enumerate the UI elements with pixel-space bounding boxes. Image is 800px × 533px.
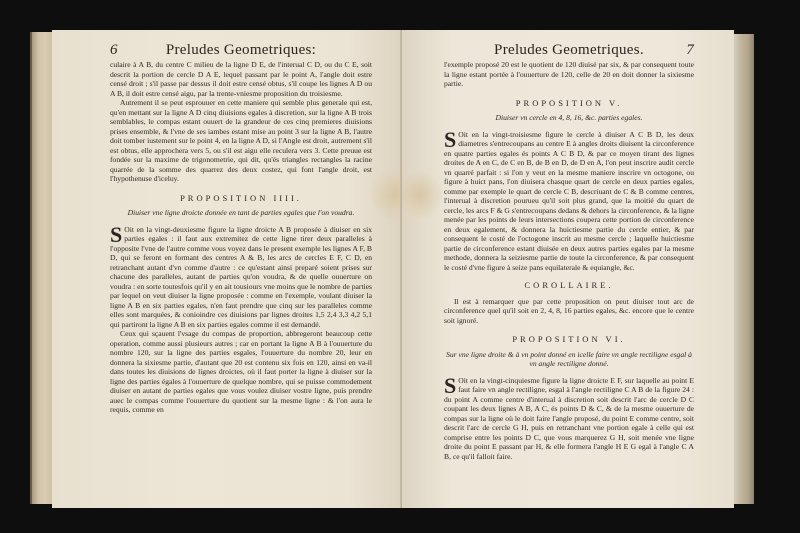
running-head-title: Preludes Geometriques. bbox=[494, 42, 644, 58]
proposition-title: PROPOSITION VI. bbox=[444, 335, 694, 345]
page-number: 7 bbox=[686, 42, 694, 58]
running-head-title: Preludes Geometriques: bbox=[166, 42, 316, 58]
foxing-stain bbox=[402, 170, 442, 220]
paragraph: Oit en la vingt-cinquiesme figure la lig… bbox=[444, 376, 694, 461]
paragraph: Il est à remarquer que par cette proposi… bbox=[444, 297, 694, 326]
left-page: 6 Preludes Geometriques: culaire à A B, … bbox=[52, 30, 402, 508]
running-head: Preludes Geometriques. 7 bbox=[444, 42, 694, 58]
proposition-title: PROPOSITION V. bbox=[444, 99, 694, 109]
paragraph: culaire à A B, du centre C milieu de la … bbox=[110, 60, 372, 98]
paragraph: l'exemple proposé 20 est le quotient de … bbox=[444, 60, 694, 89]
right-page-content: Preludes Geometriques. 7 l'exemple propo… bbox=[444, 42, 694, 461]
foxing-stain bbox=[370, 170, 402, 220]
proposition-title: PROPOSITION IIII. bbox=[110, 194, 372, 204]
left-page-content: 6 Preludes Geometriques: culaire à A B, … bbox=[110, 42, 372, 415]
proposition-subtitle: Diuiser vne ligne droicte donnée en tant… bbox=[110, 208, 372, 218]
open-book: 6 Preludes Geometriques: culaire à A B, … bbox=[30, 30, 754, 508]
paragraph: Oit en la vingt-deuxiesme figure la lign… bbox=[110, 225, 372, 329]
paragraph: Oit en la vingt-troisiesme figure le cer… bbox=[444, 130, 694, 272]
paragraph: Ceux qui sçauent l'vsage du compas de pr… bbox=[110, 329, 372, 415]
drop-cap: S bbox=[444, 377, 456, 395]
proposition-subtitle: Sur vne ligne droite & à vn point donné … bbox=[444, 350, 694, 369]
right-page: Preludes Geometriques. 7 l'exemple propo… bbox=[402, 30, 734, 508]
corollaire-title: COROLLAIRE. bbox=[444, 281, 694, 291]
running-head: 6 Preludes Geometriques: bbox=[110, 42, 372, 58]
drop-cap: S bbox=[444, 131, 456, 149]
drop-cap: S bbox=[110, 226, 122, 244]
page-number: 6 bbox=[110, 42, 118, 58]
paragraph: Autrement il se peut esprouuer en cette … bbox=[110, 98, 372, 184]
proposition-subtitle: Diuiser vn cercle en 4, 8, 16, &c. parti… bbox=[444, 113, 694, 123]
page-edges-right bbox=[734, 34, 754, 504]
